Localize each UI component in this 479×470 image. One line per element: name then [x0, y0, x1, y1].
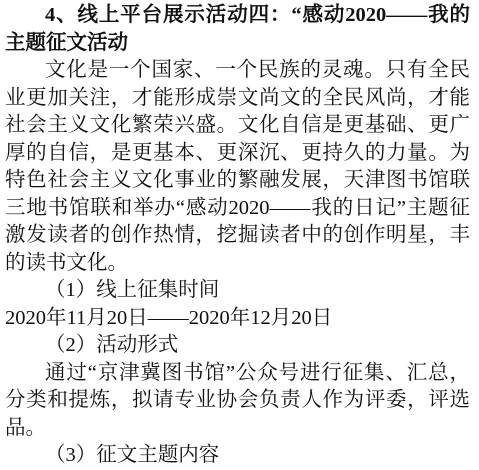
heading-line: 主题征文活动: [5, 30, 470, 58]
body-line: 厚的自信，是更基本、更深沉、更持久的力量。为促进中国: [5, 140, 470, 168]
document-body: 4、线上平台展示活动四：“感动2020——我的日记”主题征文活动文化是一个国家、…: [5, 2, 470, 470]
heading-line: 4、线上平台展示活动四：“感动2020——我的日记”: [5, 2, 470, 30]
body-line: 社会主义文化繁荣兴盛。文化自信是更基础、更广泛、更深: [5, 112, 470, 140]
body-line: 特色社会主义文化事业的繁融发展，天津图书馆联合京冀甘: [5, 167, 470, 195]
body-line: （2）活动形式: [5, 332, 470, 360]
body-line: 激发读者的创作热情，挖掘读者中的创作明星，丰富图书馆: [5, 222, 470, 250]
body-line: 业更加关注，才能形成崇文尚文的全民风尚，才能全面推动: [5, 85, 470, 113]
body-line: （1）线上征集时间: [5, 277, 470, 305]
body-line: 文化是一个国家、一个民族的灵魂。只有全民对文化事: [5, 57, 470, 85]
document-page: 4、线上平台展示活动四：“感动2020——我的日记”主题征文活动文化是一个国家、…: [0, 0, 479, 470]
body-line: 三地书馆联和举办“感动2020——我的日记”主题征文活动，: [5, 195, 470, 223]
body-line: 2020年11月20日——2020年12月20日: [5, 305, 470, 333]
body-line: 通过“京津冀图书馆”公众号进行征集、汇总，并筛选、: [5, 360, 470, 388]
body-line: （3）征文主题内容: [5, 442, 470, 470]
body-line: 品。: [5, 415, 470, 443]
body-line: 的读书文化。: [5, 250, 470, 278]
body-line: 分类和提炼，拟请专业协会负责人作为评委，评选出优秀作: [5, 387, 470, 415]
